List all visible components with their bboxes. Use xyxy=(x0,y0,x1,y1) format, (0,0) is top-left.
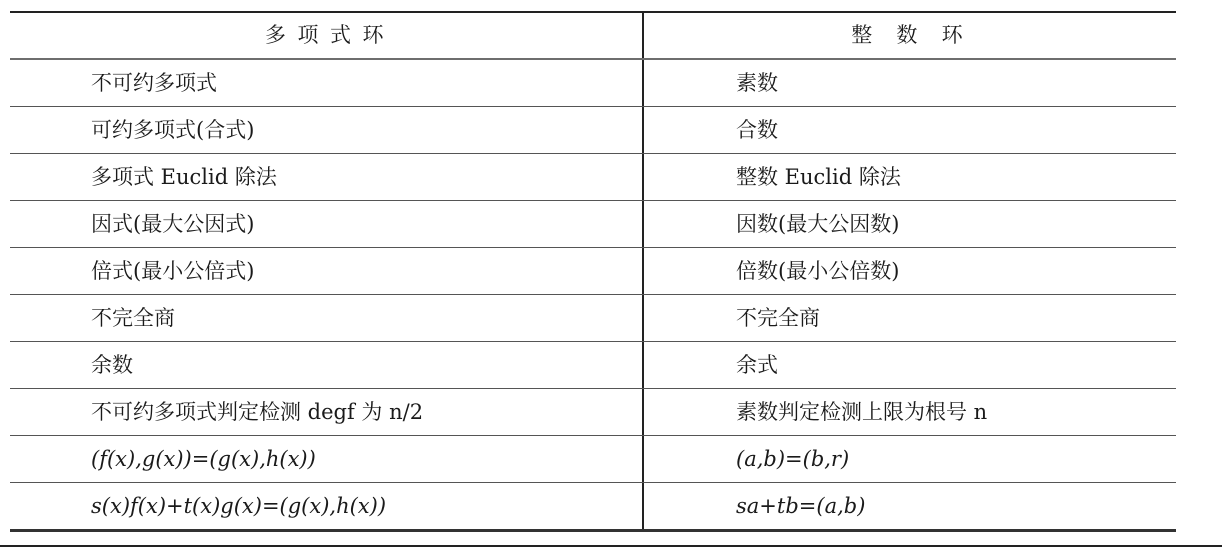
integer-cell: 因数(最大公因数) xyxy=(644,201,1176,247)
comparison-table: 多项式环 整数环 不可约多项式 素数 可约多项式(合式) 合数 多项式 Eucl… xyxy=(10,11,1176,532)
polynomial-cell: 不可约多项式 xyxy=(10,60,644,106)
integer-cell: 素数 xyxy=(644,60,1176,106)
table-row: 多项式 Euclid 除法 整数 Euclid 除法 xyxy=(10,153,1176,200)
polynomial-cell: 倍式(最小公倍式) xyxy=(10,248,644,294)
integer-cell: 素数判定检测上限为根号 n xyxy=(644,389,1176,435)
integer-cell: 倍数(最小公倍数) xyxy=(644,248,1176,294)
page-bottom-rule xyxy=(0,545,1222,547)
header-integer-ring: 整数环 xyxy=(644,13,1176,58)
polynomial-cell: (f(x),g(x))=(g(x),h(x)) xyxy=(10,436,644,482)
integer-cell: sa+tb=(a,b) xyxy=(644,483,1176,529)
table-row: 不可约多项式判定检测 degf 为 n/2 素数判定检测上限为根号 n xyxy=(10,388,1176,435)
table-row: 可约多项式(合式) 合数 xyxy=(10,106,1176,153)
table-row: 倍式(最小公倍式) 倍数(最小公倍数) xyxy=(10,247,1176,294)
polynomial-cell: 余数 xyxy=(10,342,644,388)
header-polynomial-ring: 多项式环 xyxy=(10,13,644,58)
table-row: (f(x),g(x))=(g(x),h(x)) (a,b)=(b,r) xyxy=(10,435,1176,482)
polynomial-cell: 因式(最大公因式) xyxy=(10,201,644,247)
table-row: 不完全商 不完全商 xyxy=(10,294,1176,341)
table-row: 不可约多项式 素数 xyxy=(10,60,1176,106)
polynomial-cell: 不完全商 xyxy=(10,295,644,341)
integer-cell: (a,b)=(b,r) xyxy=(644,436,1176,482)
polynomial-cell: 不可约多项式判定检测 degf 为 n/2 xyxy=(10,389,644,435)
integer-cell: 余式 xyxy=(644,342,1176,388)
table-row: 因式(最大公因式) 因数(最大公因数) xyxy=(10,200,1176,247)
table-row: s(x)f(x)+t(x)g(x)=(g(x),h(x)) sa+tb=(a,b… xyxy=(10,482,1176,529)
table-row: 余数 余式 xyxy=(10,341,1176,388)
integer-cell: 合数 xyxy=(644,107,1176,153)
integer-cell: 整数 Euclid 除法 xyxy=(644,154,1176,200)
table-header-row: 多项式环 整数环 xyxy=(10,13,1176,60)
polynomial-cell: s(x)f(x)+t(x)g(x)=(g(x),h(x)) xyxy=(10,483,644,529)
polynomial-cell: 多项式 Euclid 除法 xyxy=(10,154,644,200)
polynomial-cell: 可约多项式(合式) xyxy=(10,107,644,153)
integer-cell: 不完全商 xyxy=(644,295,1176,341)
